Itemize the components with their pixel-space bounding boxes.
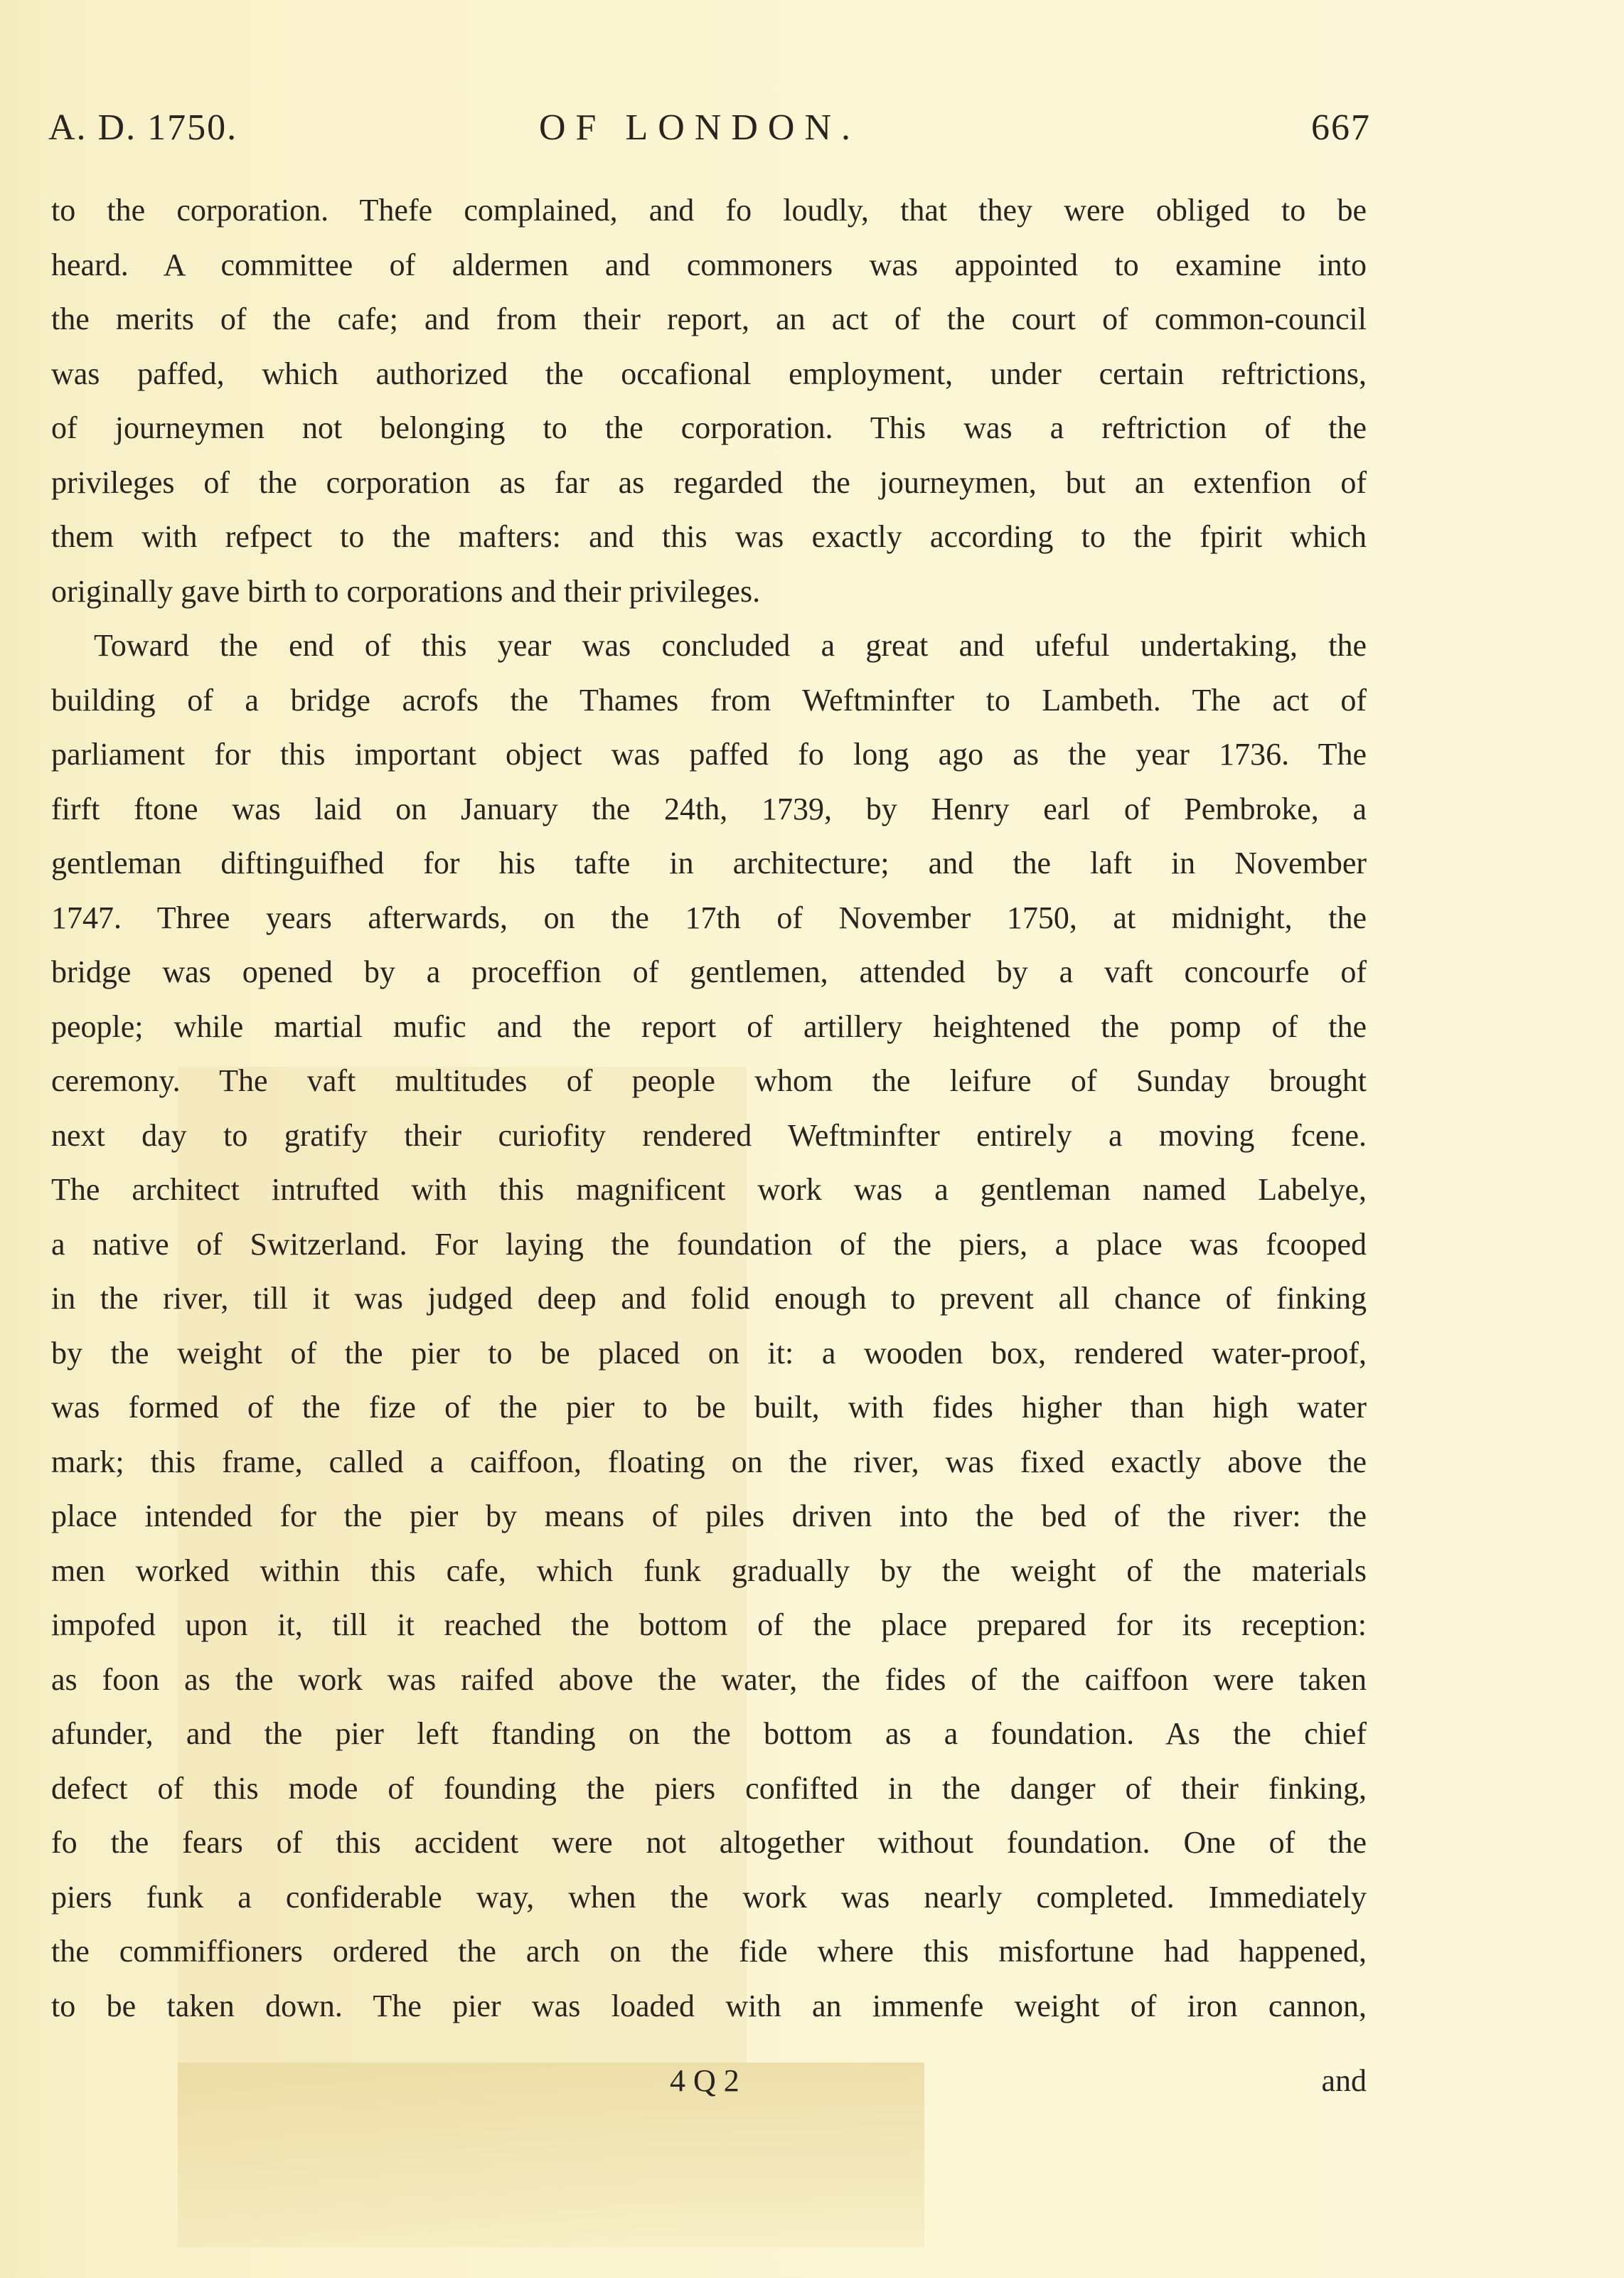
text-line: The architect intrufted with this magnif…: [51, 1163, 1367, 1218]
text-line: to be taken down. The pier was loaded wi…: [51, 1979, 1367, 2034]
text-line: of journeymen not belonging to the corpo…: [51, 401, 1367, 456]
running-header: A. D. 1750. OF LONDON. 667: [48, 107, 1371, 164]
text-line: bridge was opened by a proceffion of gen…: [51, 945, 1367, 1000]
text-line: defect of this mode of founding the pier…: [51, 1762, 1367, 1816]
text-line: fo the fears of this accident were not a…: [51, 1816, 1367, 1870]
text-line: mark; this frame, called a caiffoon, flo…: [51, 1435, 1367, 1490]
text-line: piers funk a confiderable way, when the …: [51, 1870, 1367, 1925]
text-line: them with refpect to the mafters: and th…: [51, 510, 1367, 565]
text-line: parliament for this important object was…: [51, 728, 1367, 782]
header-title: OF LONDON.: [539, 107, 860, 149]
text-line: Toward the end of this year was conclude…: [51, 619, 1367, 674]
text-line: was formed of the fize of the pier to be…: [51, 1380, 1367, 1435]
text-line: heard. A committee of aldermen and commo…: [51, 238, 1367, 293]
text-line: in the river, till it was judged deep an…: [51, 1272, 1367, 1326]
paragraph-1: to the corporation. Thefe complained, an…: [51, 183, 1367, 619]
text-line: a native of Switzerland. For laying the …: [51, 1218, 1367, 1272]
text-line: was paffed, which authorized the occafio…: [51, 347, 1367, 402]
page-footer: 4 Q 2 and: [51, 2063, 1367, 2112]
text-line: originally gave birth to corporations an…: [51, 565, 1367, 619]
text-line: ceremony. The vaft multitudes of people …: [51, 1054, 1367, 1109]
text-line: gentleman diftinguifhed for his tafte in…: [51, 836, 1367, 891]
text-line: impofed upon it, till it reached the bot…: [51, 1598, 1367, 1653]
text-line: building of a bridge acrofs the Thames f…: [51, 674, 1367, 728]
header-year: A. D. 1750.: [48, 107, 237, 149]
text-line: the commiffioners ordered the arch on th…: [51, 1925, 1367, 1979]
text-line: next day to gratify their curiofity rend…: [51, 1109, 1367, 1164]
text-line: men worked within this cafe, which funk …: [51, 1544, 1367, 1599]
text-line: firft ftone was laid on January the 24th…: [51, 782, 1367, 837]
text-line: to the corporation. Thefe complained, an…: [51, 183, 1367, 238]
signature-mark: 4 Q 2: [670, 2063, 739, 2099]
text-line: people; while martial mufic and the repo…: [51, 1000, 1367, 1055]
text-line: the merits of the cafe; and from their r…: [51, 292, 1367, 347]
page-body: to the corporation. Thefe complained, an…: [51, 183, 1367, 2033]
text-line: place intended for the pier by means of …: [51, 1489, 1367, 1544]
text-line: 1747. Three years afterwards, on the 17t…: [51, 891, 1367, 946]
catchword: and: [1321, 2063, 1367, 2099]
text-line: as foon as the work was raifed above the…: [51, 1653, 1367, 1708]
text-line: afunder, and the pier left ftanding on t…: [51, 1707, 1367, 1762]
page-number: 667: [1311, 107, 1371, 149]
text-line: by the weight of the pier to be placed o…: [51, 1326, 1367, 1381]
text-line: privileges of the corporation as far as …: [51, 456, 1367, 511]
paragraph-2: Toward the end of this year was conclude…: [51, 619, 1367, 2033]
